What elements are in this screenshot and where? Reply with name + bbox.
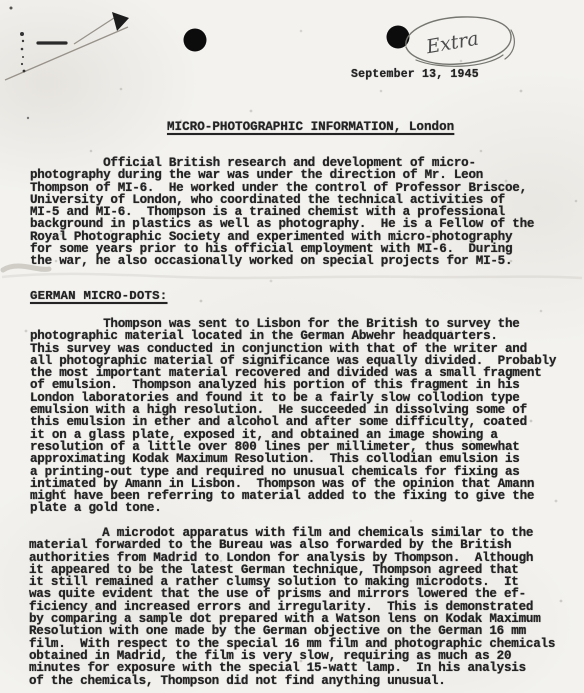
paragraph-official-research: Official British research and developmen… xyxy=(30,157,534,268)
section-heading-german-micro-dots: GERMAN MICRO-DOTS: xyxy=(30,289,167,303)
document-date: September 13, 1945 xyxy=(351,68,479,81)
black-dot-mark-left xyxy=(184,29,207,52)
document-title: MICRO-PHOTOGRAPHIC INFORMATION, London xyxy=(167,120,454,134)
paragraph-microdot-apparatus: A microdot apparatus with film and chemi… xyxy=(29,527,555,687)
extra-handwritten-text: Extra xyxy=(424,28,481,59)
extra-circle-annotation: Extra xyxy=(406,17,514,66)
pencil-scribble xyxy=(5,7,129,120)
scanned-document-page: Extra September 13, 1945 MICRO-PHOTOGRAP… xyxy=(0,0,584,693)
paragraph-lisbon-survey: Thompson was sent to Lisbon for the Brit… xyxy=(30,318,556,515)
